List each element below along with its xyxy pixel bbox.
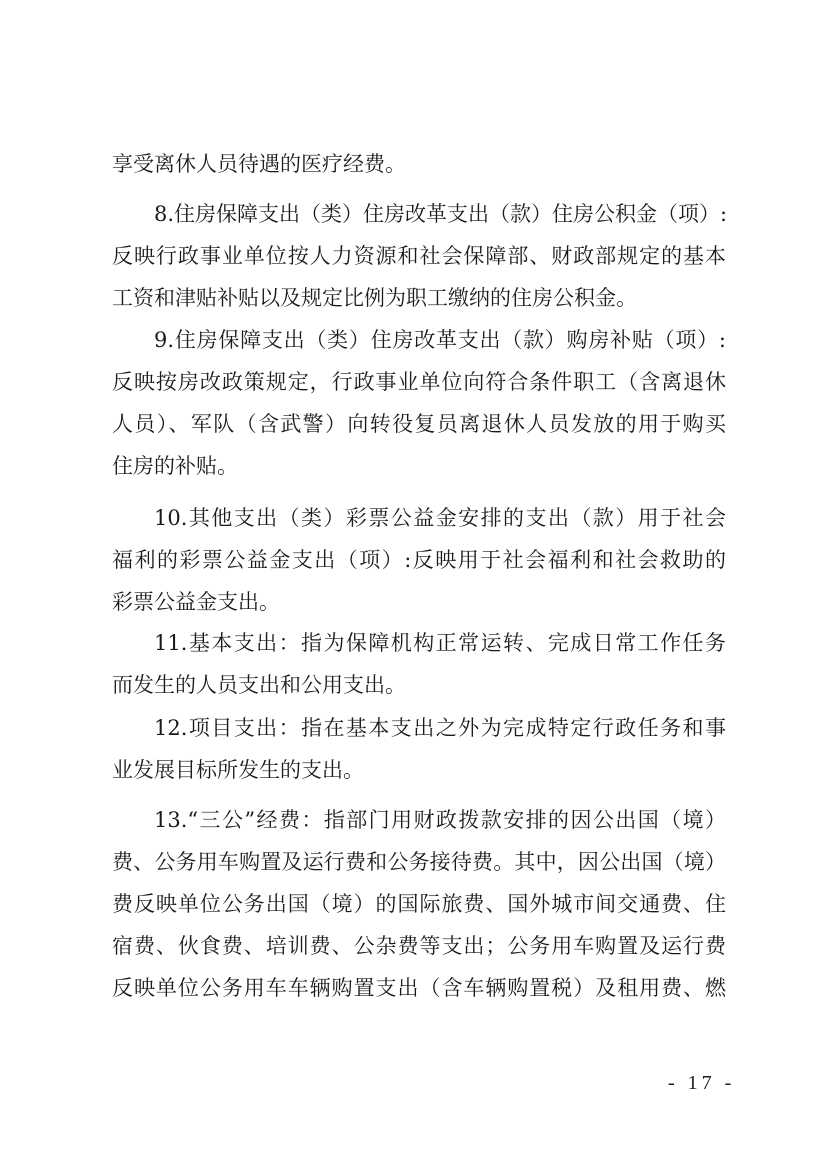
paragraph-line: 费、公务用车购置及运行费和公务接待费。其中，因公出国（境） — [112, 849, 726, 875]
paragraph-line: 宿费、伙食费、培训费、公杂费等支出；公务用车购置及运行费 — [112, 933, 726, 959]
paragraph-item-8-heading: 8.住房保障支出（类）住房改革支出（款）住房公积金（项）: — [154, 201, 726, 227]
paragraph-line: 享受离休人员待遇的医疗经费。 — [112, 151, 726, 177]
paragraph-line: 反映按房改政策规定，行政事业单位向符合条件职工（含离退休 — [112, 369, 726, 395]
paragraph-line: 反映单位公务用车车辆购置支出（含车辆购置税）及租用费、燃 — [112, 975, 726, 1001]
paragraph-line: 福利的彩票公益金支出（项）:反映用于社会福利和社会救助的 — [112, 547, 726, 573]
paragraph-item-12-heading: 12.项目支出：指在基本支出之外为完成特定行政任务和事 — [154, 715, 726, 741]
paragraph-item-9-heading: 9.住房保障支出（类）住房改革支出（款）购房补贴（项）: — [154, 327, 726, 353]
paragraph-item-10-heading: 10.其他支出（类）彩票公益金安排的支出（款）用于社会 — [154, 505, 726, 531]
paragraph-item-13-heading: 13.“三公”经费：指部门用财政拨款安排的因公出国（境） — [154, 807, 726, 833]
paragraph-line: 反映行政事业单位按人力资源和社会保障部、财政部规定的基本 — [112, 243, 726, 269]
paragraph-line: 业发展目标所发生的支出。 — [112, 757, 726, 783]
paragraph-line: 住房的补贴。 — [112, 453, 726, 479]
paragraph-item-11-heading: 11.基本支出：指为保障机构正常运转、完成日常工作任务 — [154, 630, 726, 656]
paragraph-line: 人员）、军队（含武警）向转役复员离退休人员发放的用于购买 — [112, 411, 726, 437]
paragraph-line: 彩票公益金支出。 — [112, 589, 726, 615]
paragraph-line: 而发生的人员支出和公用支出。 — [112, 672, 726, 698]
page-number: - 17 - — [668, 1070, 735, 1096]
paragraph-line: 费反映单位公务出国（境）的国际旅费、国外城市间交通费、住 — [112, 891, 726, 917]
paragraph-line: 工资和津贴补贴以及规定比例为职工缴纳的住房公积金。 — [112, 285, 726, 311]
document-page: 享受离休人员待遇的医疗经费。 8.住房保障支出（类）住房改革支出（款）住房公积金… — [0, 0, 826, 1169]
